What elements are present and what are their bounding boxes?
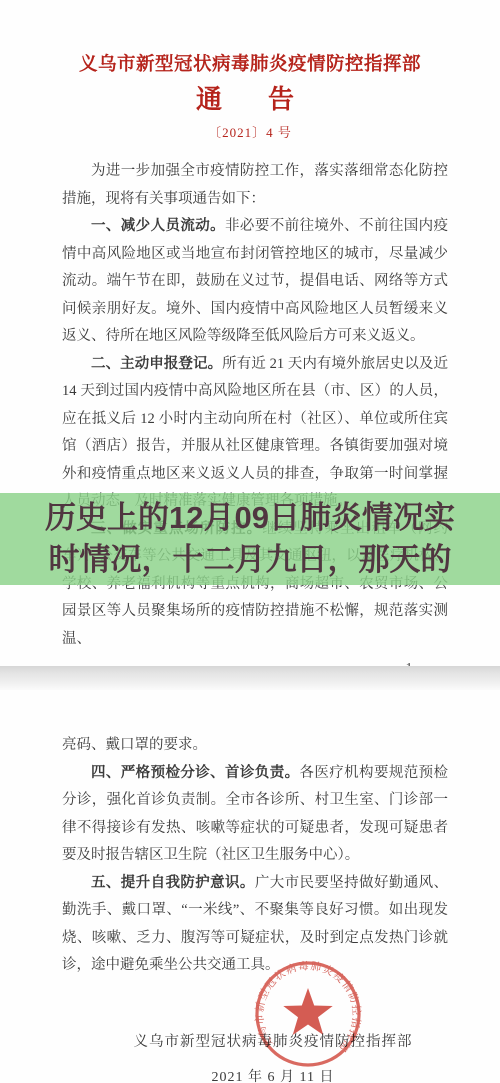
paragraph-item-1-text: 非必要不前往境外、不前往国内疫情中高风险地区或当地宣布封闭管控地区的城市，尽量减… <box>62 218 448 344</box>
paragraph-item-4: 四、严格预检分诊、首诊负责。各医疗机构要规范预检分诊，强化首诊负责制。全市各诊所… <box>62 760 448 870</box>
paragraph-item-4-lead: 四、严格预检分诊、首诊负责。 <box>91 765 299 781</box>
paragraph-item-5-lead: 五、提升自我防护意识。 <box>91 875 255 891</box>
paragraph-item-1-lead: 一、减少人员流动。 <box>91 218 225 234</box>
paragraph-item-1: 一、减少人员流动。非必要不前往境外、不前往国内疫情中高风险地区或当地宣布封闭管控… <box>62 213 448 351</box>
paragraph-intro-text: 为进一步加强全市疫情防控工作，落实落细常态化防控措施，现将有关事项通告如下： <box>62 163 448 207</box>
official-stamp: 义乌市新型冠状病毒肺炎疫情防控指挥部 <box>250 958 366 1070</box>
notice-number: 〔2021〕4 号 <box>0 124 500 142</box>
page-number: — 1 — <box>62 655 448 666</box>
paragraph-item-2: 二、主动申报登记。所有近 21 天内有境外旅居史以及近 14 天到过国内疫情中高… <box>62 351 448 516</box>
stamp-star-icon <box>283 988 332 1035</box>
paragraph-item-2-text: 所有近 21 天内有境外旅居史以及近 14 天到过国内疫情中高风险地区所在县（市… <box>62 356 448 510</box>
document-header: 义乌市新型冠状病毒肺炎疫情防控指挥部 通 告 〔2021〕4 号 <box>0 0 500 142</box>
paragraph-intro: 为进一步加强全市疫情防控工作，落实落细常态化防控措施，现将有关事项通告如下： <box>62 158 448 213</box>
paragraph-continuation-text: 亮码、戴口罩的要求。 <box>62 737 207 753</box>
video-title-overlay: 历史上的12月09日肺炎情况实 时情况，十二月九日，那天的 <box>0 493 500 585</box>
notice-title: 通 告 <box>0 84 500 116</box>
page-gap <box>0 666 500 690</box>
screenshot-root: 义乌市新型冠状病毒肺炎疫情防控指挥部 通 告 〔2021〕4 号 为进一步加强全… <box>0 0 500 1083</box>
notice-issuer: 义乌市新型冠状病毒肺炎疫情防控指挥部 <box>0 52 500 78</box>
paragraph-continuation: 亮码、戴口罩的要求。 <box>62 732 448 760</box>
paragraph-item-2-lead: 二、主动申报登记。 <box>91 356 222 372</box>
overlay-title-line-2: 时情况，十二月九日，那天的 <box>49 539 452 581</box>
overlay-title-line-1: 历史上的12月09日肺炎情况实 <box>45 497 455 539</box>
page1-body: 为进一步加强全市疫情防控工作，落实落细常态化防控措施，现将有关事项通告如下： 一… <box>0 158 500 666</box>
